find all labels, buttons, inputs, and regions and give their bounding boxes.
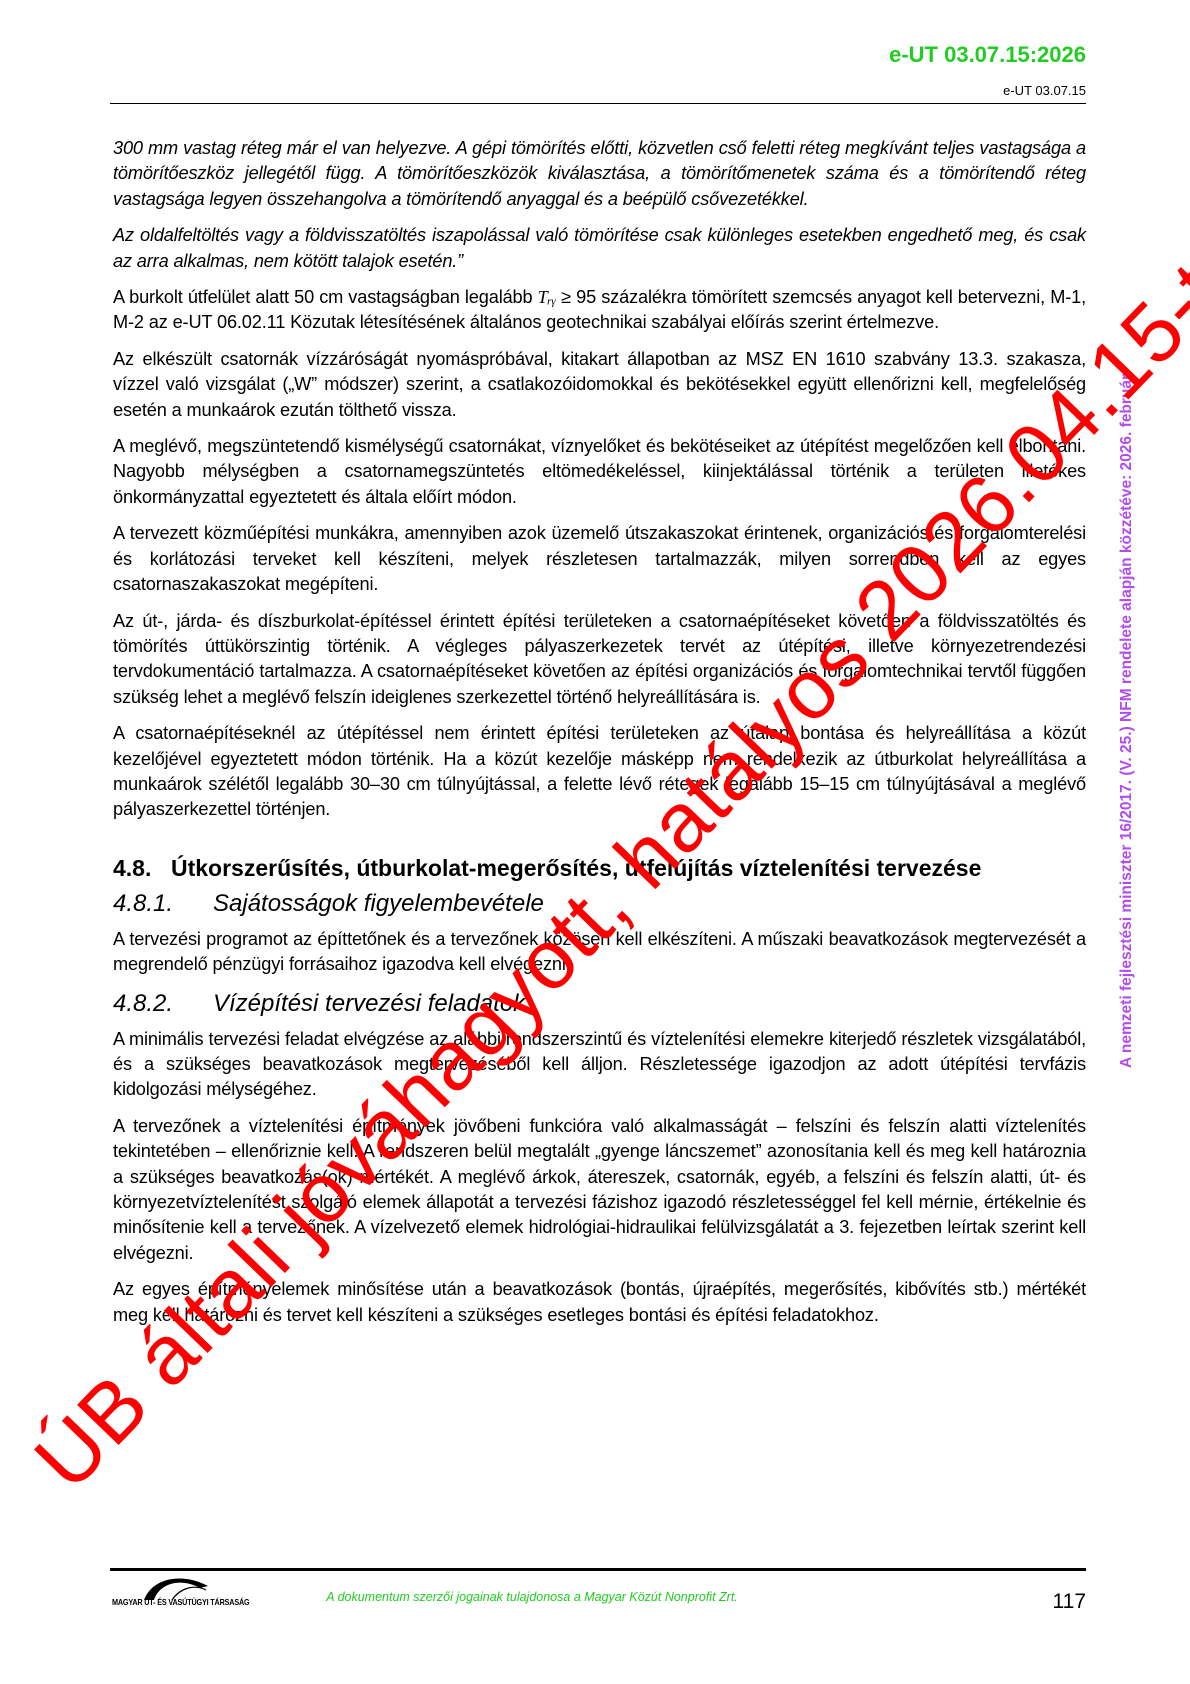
subsection-number: 4.8.1.: [113, 889, 213, 919]
text-run: A burkolt útfelület alatt 50 cm vastagsá…: [113, 287, 538, 307]
section-number: 4.8.: [113, 853, 171, 883]
paragraph: Az oldalfeltöltés vagy a földvisszatölté…: [113, 223, 1086, 274]
publication-side-note: A nemzeti fejlesztési miniszter 16/2017.…: [1118, 374, 1136, 1068]
subsection-number: 4.8.2.: [113, 989, 213, 1019]
subsection-heading: 4.8.2. Vízépítési tervezési feladatok: [113, 989, 1086, 1019]
document-code: e-UT 03.07.15:2026: [889, 42, 1086, 68]
paragraph: 300 mm vastag réteg már el van helyezve.…: [113, 136, 1086, 212]
paragraph: A minimális tervezési feladat elvégzése …: [113, 1027, 1086, 1103]
math-symbol: Tᵣᵧ: [538, 287, 556, 307]
running-head: e-UT 03.07.15: [1003, 83, 1086, 98]
paragraph: A csatornaépítéseknél az útépítéssel nem…: [113, 721, 1086, 823]
compaction-paragraph: A burkolt útfelület alatt 50 cm vastagsá…: [113, 285, 1086, 336]
copyright-notice: A dokumentum szerzői jogainak tulajdonos…: [232, 1590, 832, 1604]
subsection-title: Sajátosságok figyelembevétele: [213, 889, 544, 919]
logo-text: MAGYAR ÚT- ÉS VASÚTÜGYI TÁRSASÁG: [112, 1597, 249, 1607]
paragraph: Az út-, járda- és díszburkolat-építéssel…: [113, 609, 1086, 711]
header-divider: [110, 103, 1086, 104]
page-number: 117: [1053, 1590, 1086, 1614]
page-body: 300 mm vastag réteg már el van helyezve.…: [113, 136, 1086, 1339]
footer-divider: [110, 1568, 1086, 1571]
paragraph: Az elkészült csatornák vízzáróságát nyom…: [113, 347, 1086, 423]
